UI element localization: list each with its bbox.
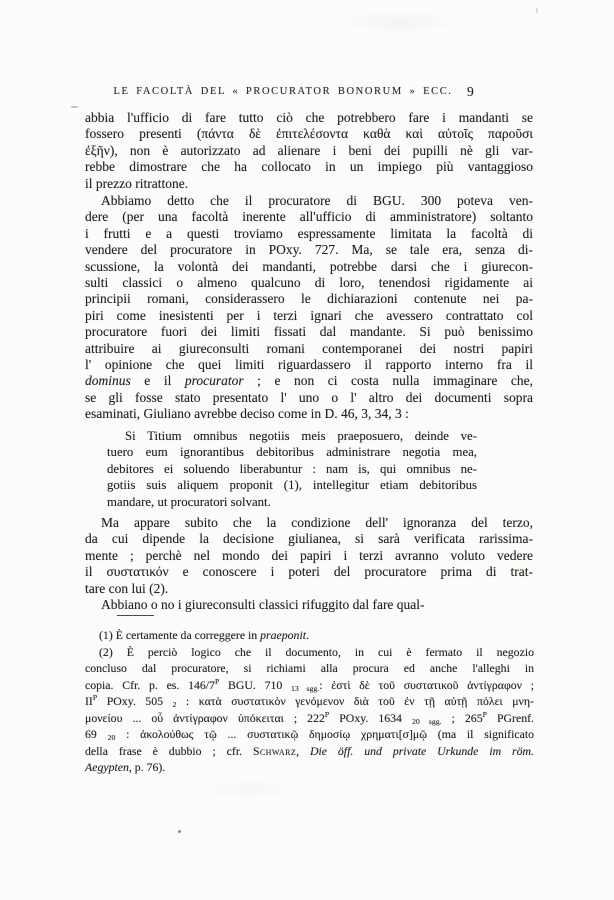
text-line: Aegypten, p. 76). bbox=[85, 759, 534, 776]
scan-speck-dot bbox=[178, 830, 181, 833]
text-line: da cui dipende la decisione giulianea, s… bbox=[85, 531, 533, 547]
footnote-separator bbox=[117, 615, 154, 616]
scanned-page: LE FACOLTÀ DEL « PROCURATOR BONORUM » EC… bbox=[0, 0, 614, 900]
text-line: principii romani, considerassero le dich… bbox=[85, 291, 533, 307]
text-line: Ma appare subito che la condizione dell'… bbox=[85, 515, 533, 531]
text-line: (1) È certamente da correggere in praepo… bbox=[85, 627, 534, 644]
text-line: fossero presenti (πάντα δὲ ἐπιτελέσοντα … bbox=[85, 126, 533, 142]
text-line: tuero eum ignorantibus debitoribus admin… bbox=[107, 444, 477, 460]
text-line: scussione, la volontà dei mandanti, potr… bbox=[85, 259, 533, 275]
paragraph-4: Abbiano o no i giureconsulti classici ri… bbox=[85, 597, 533, 613]
text-line: i frutti e a questi troviamo espressamen… bbox=[85, 226, 533, 242]
text-line: gotiis suis aliquem proponit (1), intell… bbox=[107, 477, 477, 493]
scan-speck-faint bbox=[536, 8, 538, 13]
text-line: sulti classici o almeno qualcuno di loro… bbox=[85, 275, 533, 291]
text-line: il prezzo ritrattone. bbox=[85, 176, 533, 192]
running-header: LE FACOLTÀ DEL « PROCURATOR BONORUM » EC… bbox=[85, 86, 533, 102]
footnotes: (1) È certamente da correggere in praepo… bbox=[85, 627, 534, 776]
text-line: della frase è dubbio ; cfr. Schwarz, Die… bbox=[85, 743, 534, 760]
paragraph-1: abbia l'ufficio di fare tutto ciò che po… bbox=[85, 110, 533, 192]
text-line: (2) È perciò logico che il documento, in… bbox=[85, 644, 534, 661]
text-line: mente ; perchè nel mondo dei papiri i te… bbox=[85, 548, 533, 564]
text-line: copia. Cfr. p. es. 146/7P BGU. 710 13 sg… bbox=[85, 677, 534, 694]
text-line: vendere del procuratore in POxy. 727. Ma… bbox=[85, 242, 533, 258]
latin-block-quote: Si Titium omnibus negotiis meis praeposu… bbox=[107, 428, 477, 510]
text-line: abbia l'ufficio di fare tutto ciò che po… bbox=[85, 110, 533, 126]
text-line: se gli fosse stato presentato l' uno o l… bbox=[85, 390, 533, 406]
text-line: debitores ei soluendo liberabuntur : nam… bbox=[107, 461, 477, 477]
text-line: esaminati, Giuliano avrebbe deciso come … bbox=[85, 406, 533, 422]
text-line: l' opinione che quei limiti riguardasser… bbox=[85, 357, 533, 373]
text-line: Abbiano o no i giureconsulti classici ri… bbox=[85, 597, 533, 613]
text-line: Abbiamo detto che il procuratore di BGU.… bbox=[85, 193, 533, 209]
text-line: concluso dal procuratore, si richiami al… bbox=[85, 660, 534, 677]
text-line: tare con lui (2). bbox=[85, 581, 533, 597]
footnote-1: (1) È certamente da correggere in praepo… bbox=[85, 627, 534, 644]
paragraph-2: Abbiamo detto che il procuratore di BGU.… bbox=[85, 193, 533, 423]
text-line: ἐξῆν), non è autorizzato ad alienare i b… bbox=[85, 143, 533, 159]
scan-speck-dash bbox=[71, 106, 78, 108]
paragraph-3: Ma appare subito che la condizione dell'… bbox=[85, 515, 533, 597]
footnote-2: (2) È perciò logico che il documento, in… bbox=[85, 644, 534, 776]
text-line: 69 20 : ἀκολούθως τῷ ... συστατικῷ δημοσ… bbox=[85, 726, 534, 743]
text-line: IIP POxy. 505 2 : κατὰ συστατικὸν γενόμε… bbox=[85, 693, 534, 710]
text-line: piri come inesistenti per i terzi ignari… bbox=[85, 308, 533, 324]
page-number: 9 bbox=[467, 84, 474, 100]
text-line: Si Titium omnibus negotiis meis praeposu… bbox=[107, 428, 477, 444]
text-line: procuratore fuori dei limiti fissati dal… bbox=[85, 324, 533, 340]
text-line: mandare, ut procuratori solvant. bbox=[107, 494, 477, 510]
text-line: μονείου ... οὗ ἀντίγραφον ὑπόκειται ; 22… bbox=[85, 710, 534, 727]
running-header-title: LE FACOLTÀ DEL « PROCURATOR BONORUM » EC… bbox=[59, 86, 507, 97]
text-line: dere (per una facoltà inerente all'uffic… bbox=[85, 209, 533, 225]
text-line: dominus e il procurator ; e non ci costa… bbox=[85, 373, 533, 389]
text-line: attribuire ai giureconsulti romani conte… bbox=[85, 341, 533, 357]
text-line: rebbe dimostrare che ha collocato in un … bbox=[85, 159, 533, 175]
text-line: il συστατικόν e conoscere i poteri del p… bbox=[85, 564, 533, 580]
